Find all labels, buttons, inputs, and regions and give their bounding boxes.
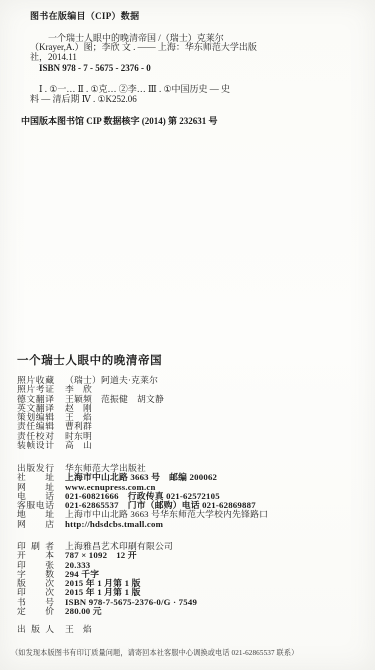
- cip-heading: 图书在版编目（CIP）数据: [30, 12, 330, 22]
- cip-classification-line: 料 — 清后期 Ⅳ . ①K252.06: [30, 95, 330, 105]
- credit-row: 装帧设计高 山: [17, 438, 164, 447]
- printing-row: 印刷者上海雅昌艺术印刷有限公司: [17, 539, 197, 548]
- printing-row: 印次2015 年 1 月第 1 版: [17, 585, 197, 594]
- publishing-row: 网址www.ecnupress.com.cn: [17, 480, 268, 489]
- printing-row: 版次2015 年 1 月第 1 版: [17, 576, 197, 585]
- publisher-person: 出版人王 焰: [17, 622, 92, 631]
- printing-row: 书号ISBN 978-7-5675-2376-0/G · 7549: [17, 595, 197, 604]
- credit-row: 德文翻译王颖频 范振健 胡文静: [17, 392, 164, 401]
- publishing-row: 客服电话021-62865537 门市（邮购）电话 021-62869887: [17, 498, 268, 507]
- copyright-page: 图书在版编目（CIP）数据 一个瑞士人眼中的晚清帝国 /（瑞士）克莱尔 （Kra…: [0, 0, 375, 670]
- quality-notice: （如发现本版图书有印订质量问题，请寄回本社客服中心调换或电话 021-62865…: [11, 648, 371, 658]
- cip-block: 图书在版编目（CIP）数据 一个瑞士人眼中的晚清帝国 /（瑞士）克莱尔 （Kra…: [30, 12, 330, 127]
- publishing-row: 地址上海市中山北路 3663 号华东师范大学校内先锋路口: [17, 507, 268, 516]
- online-store-url: http://hdsdcbs.tmall.com: [65, 519, 163, 529]
- publishing-list: 出版发行华东师范大学出版社 社址上海市中山北路 3663 号 邮编 200062…: [17, 461, 268, 526]
- publishing-row: 电话021-60821666 行政传真 021-62572105: [17, 489, 268, 498]
- credits-list: 照片收藏（瑞士）阿道夫·克莱尔 照片考证李 欣 德文翻译王颖频 范振健 胡文静 …: [17, 373, 164, 447]
- credit-label: 装帧设计: [17, 438, 54, 451]
- printing-label: 定价: [17, 604, 54, 617]
- publisher-person-row: 出版人王 焰: [17, 622, 92, 631]
- publisher-person-value: 王 焰: [65, 622, 92, 635]
- cip-description-line: 社，2014.11: [30, 53, 330, 63]
- publishing-row: 社址上海市中山北路 3663 号 邮编 200062: [17, 470, 268, 479]
- credit-value: 高 山: [65, 438, 92, 451]
- book-title: 一个瑞士人眼中的晚清帝国: [17, 352, 162, 368]
- publisher-person-label: 出版人: [17, 622, 54, 635]
- credit-row: 照片收藏（瑞士）阿道夫·克莱尔: [17, 373, 164, 382]
- printing-list: 印刷者上海雅昌艺术印刷有限公司 开本787 × 1092 12 开 印张20.3…: [17, 539, 197, 613]
- credit-row: 责任校对时东明: [17, 429, 164, 438]
- price-value: 280.00 元: [65, 604, 102, 617]
- credit-row: 策划编辑王 焰: [17, 410, 164, 419]
- cip-record-number: 中国版本图书馆 CIP 数据核字 (2014) 第 232631 号: [21, 117, 330, 127]
- credit-row: 责任编辑曹利群: [17, 419, 164, 428]
- cip-isbn: ISBN 978 - 7 - 5675 - 2376 - 0: [30, 64, 330, 74]
- printing-row: 字数294 千字: [17, 567, 197, 576]
- publishing-label: 网店: [17, 517, 54, 530]
- publishing-row: 出版发行华东师范大学出版社: [17, 461, 268, 470]
